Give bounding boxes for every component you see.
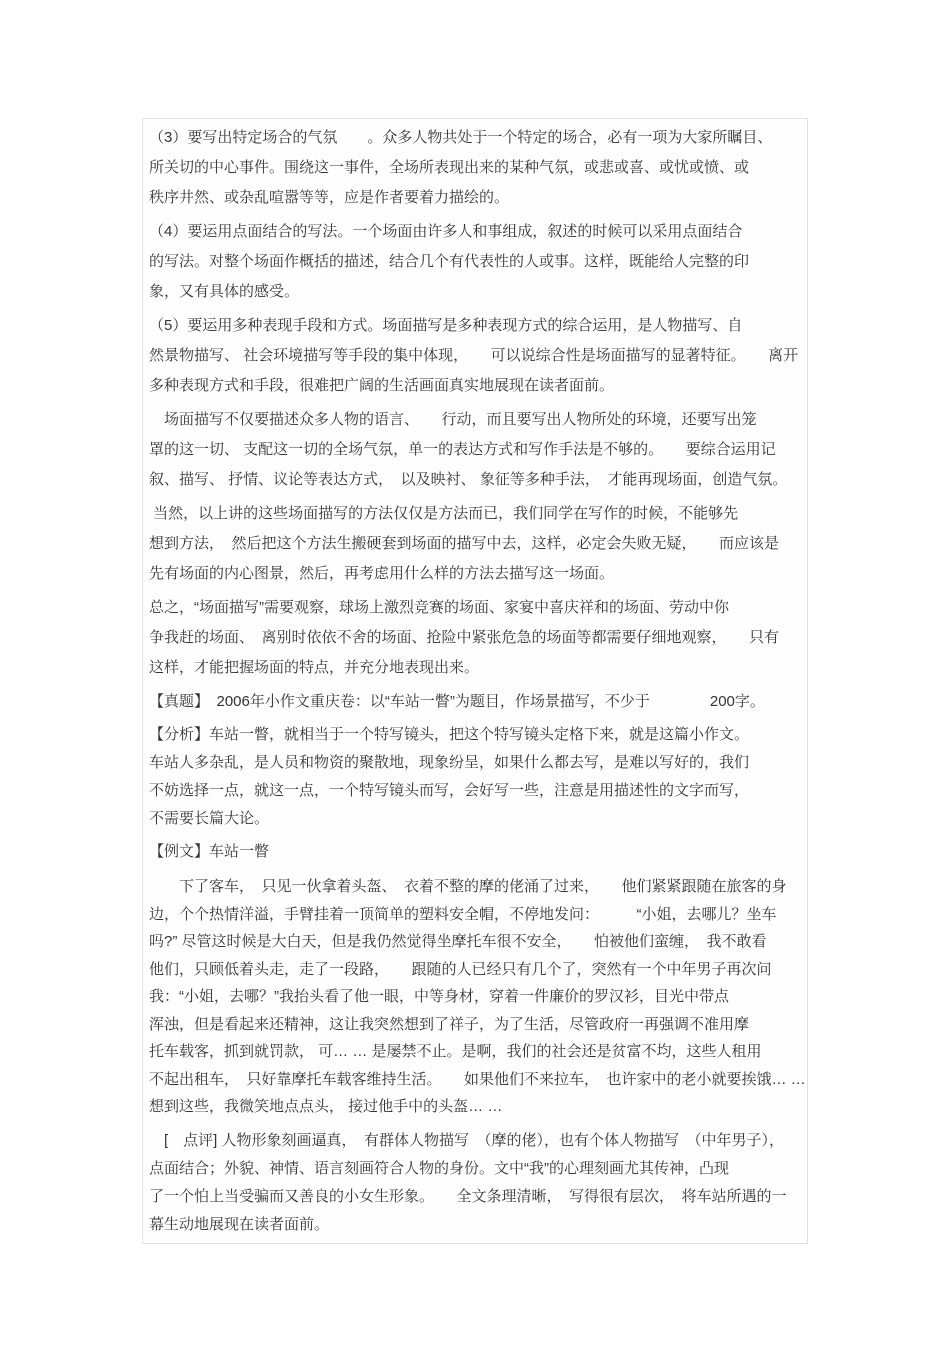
text-line: 吗?” 尽管这时候是大白天，但是我仍然觉得坐摩托车很不安全， 怕被他们蛮缠， 我… [149, 928, 801, 956]
text-line: [ 点评] 人物形象刻画逼真， 有群体人物描写 （摩的佬），也有个体人物描写 （… [149, 1127, 801, 1155]
text-line: 叙、描写、 抒情、议论等表达方式， 以及映衬、 象征等多种手法， 才能再现场面，… [149, 465, 801, 495]
text-line: 然景物描写、 社会环境描写等手段的集中体现， 可以说综合性是场面描写的显著特征。… [149, 341, 801, 371]
para-example-title: 【例文】车站一瞥 [149, 837, 801, 867]
text-line: （5）要运用多种表现手段和方式。场面描写是多种表现方式的综合运用，是人物描写、自 [149, 311, 801, 341]
text-line: 我：“小姐，去哪？”我抬头看了他一眼，中等身材，穿着一件廉价的罗汉衫，目光中带点 [149, 983, 801, 1011]
text-line: 边，个个热情洋溢，手臂挂着一顶简单的塑料安全帽，不停地发问： “小姐，去哪儿？坐… [149, 901, 801, 929]
text-line: 不起出租车， 只好靠摩托车载客维持生活。 如果他们不来拉车， 也许家中的老小就要… [149, 1066, 801, 1094]
para-point-4: （4）要运用点面结合的写法。一个场面由许多人和事组成，叙述的时候可以采用点面结合… [149, 217, 801, 307]
text-line: 点面结合；外貌、神情、语言刻画符合人物的身份。文中“我”的心理刻画尤其传神，凸现 [149, 1155, 801, 1183]
text-line: 托车载客，抓到就罚款， 可… … 是屡禁不止。是啊，我们的社会还是贫富不均，这些… [149, 1038, 801, 1066]
text-line: 【真题】 2006年小作文重庆卷：以“车站一瞥”为题目，作场景描写，不少于 20… [149, 687, 801, 717]
text-line: 多种表现方式和手段，很难把广阔的生活画面真实地展现在读者面前。 [149, 371, 801, 401]
para-caution: 当然，以上讲的这些场面描写的方法仅仅是方法而已，我们同学在写作的时候，不能够先想… [149, 499, 801, 589]
text-line: 幕生动地展现在读者面前。 [149, 1211, 801, 1239]
text-line: 想到这些，我微笑地点点头， 接过他手中的头盔… … [149, 1093, 801, 1121]
text-line: 了一个怕上当受骗而又善良的小女生形象。 全文条理清晰， 写得很有层次， 将车站所… [149, 1183, 801, 1211]
para-point-5: （5）要运用多种表现手段和方式。场面描写是多种表现方式的综合运用，是人物描写、自… [149, 311, 801, 401]
text-line: 不妨选择一点，就这一点，一个特写镜头而写，会好写一些，注意是用描述性的文字而写， [149, 777, 801, 805]
page-canvas: （3）要写出特定场合的气氛 。众多人物共处于一个特定的场合，必有一项为大家所瞩目… [0, 0, 950, 1345]
text-line: 争我赶的场面、 离别时依依不舍的场面、抢险中紧张危急的场面等都需要仔细地观察， … [149, 623, 801, 653]
text-line: （3）要写出特定场合的气氛 。众多人物共处于一个特定的场合，必有一项为大家所瞩目… [149, 123, 801, 153]
text-line: 罩的这一切、 支配这一切的全场气氛，单一的表达方式和写作手法是不够的。 要综合运… [149, 435, 801, 465]
text-line: 场面描写不仅要描述众多人物的语言、 行动，而且要写出人物所处的环境，还要写出笼 [149, 405, 801, 435]
text-line: 的写法。对整个场面作概括的描述，结合几个有代表性的人或事。这样，既能给人完整的印 [149, 247, 801, 277]
para-conclusion: 总之，“场面描写”需要观察，球场上激烈竞赛的场面、家宴中喜庆祥和的场面、劳动中你… [149, 593, 801, 683]
text-line: （4）要运用点面结合的写法。一个场面由许多人和事组成，叙述的时候可以采用点面结合 [149, 217, 801, 247]
text-line: 当然，以上讲的这些场面描写的方法仅仅是方法而已，我们同学在写作的时候，不能够先 [149, 499, 801, 529]
text-line: 不需要长篇大论。 [149, 805, 801, 833]
para-commentary: [ 点评] 人物形象刻画逼真， 有群体人物描写 （摩的佬），也有个体人物描写 （… [149, 1127, 801, 1239]
text-line: 想到方法， 然后把这个方法生搬硬套到场面的描写中去，这样，必定会失败无疑， 而应… [149, 529, 801, 559]
para-point-3: （3）要写出特定场合的气氛 。众多人物共处于一个特定的场合，必有一项为大家所瞩目… [149, 123, 801, 213]
text-line: 所关切的中心事件。围绕这一事件，全场所表现出来的某种气氛，或悲或喜、或忧或愤、或 [149, 153, 801, 183]
text-line: 这样，才能把握场面的特点，并充分地表现出来。 [149, 653, 801, 683]
text-line: 浑浊，但是看起来还精神，这让我突然想到了祥子，为了生活，尽管政府一再强调不准用摩 [149, 1011, 801, 1039]
text-line: 【分析】车站一瞥，就相当于一个特写镜头，把这个特写镜头定格下来，就是这篇小作文。 [149, 721, 801, 749]
para-summary-methods: 场面描写不仅要描述众多人物的语言、 行动，而且要写出人物所处的环境，还要写出笼罩… [149, 405, 801, 495]
text-line: 先有场面的内心图景，然后，再考虑用什么样的方法去描写这一场面。 [149, 559, 801, 589]
text-line: 象，又有具体的感受。 [149, 277, 801, 307]
text-line: 下了客车， 只见一伙拿着头盔、 衣着不整的摩的佬涌了过来， 他们紧紧跟随在旅客的… [149, 873, 801, 901]
text-line: 车站人多杂乱，是人员和物资的聚散地，现象纷呈，如果什么都去写，是难以写好的，我们 [149, 749, 801, 777]
text-line: 他们，只顾低着头走，走了一段路， 跟随的人已经只有几个了，突然有一个中年男子再次… [149, 956, 801, 984]
text-line: 秩序井然、或杂乱喧嚣等等，应是作者要着力描绘的。 [149, 183, 801, 213]
text-line: 【例文】车站一瞥 [149, 837, 801, 867]
para-analysis: 【分析】车站一瞥，就相当于一个特写镜头，把这个特写镜头定格下来，就是这篇小作文。… [149, 721, 801, 833]
para-example-essay: 下了客车， 只见一伙拿着头盔、 衣着不整的摩的佬涌了过来， 他们紧紧跟随在旅客的… [149, 873, 801, 1121]
document-page: （3）要写出特定场合的气氛 。众多人物共处于一个特定的场合，必有一项为大家所瞩目… [142, 118, 808, 1244]
para-exam-question: 【真题】 2006年小作文重庆卷：以“车站一瞥”为题目，作场景描写，不少于 20… [149, 687, 801, 717]
text-line: 总之，“场面描写”需要观察，球场上激烈竞赛的场面、家宴中喜庆祥和的场面、劳动中你 [149, 593, 801, 623]
